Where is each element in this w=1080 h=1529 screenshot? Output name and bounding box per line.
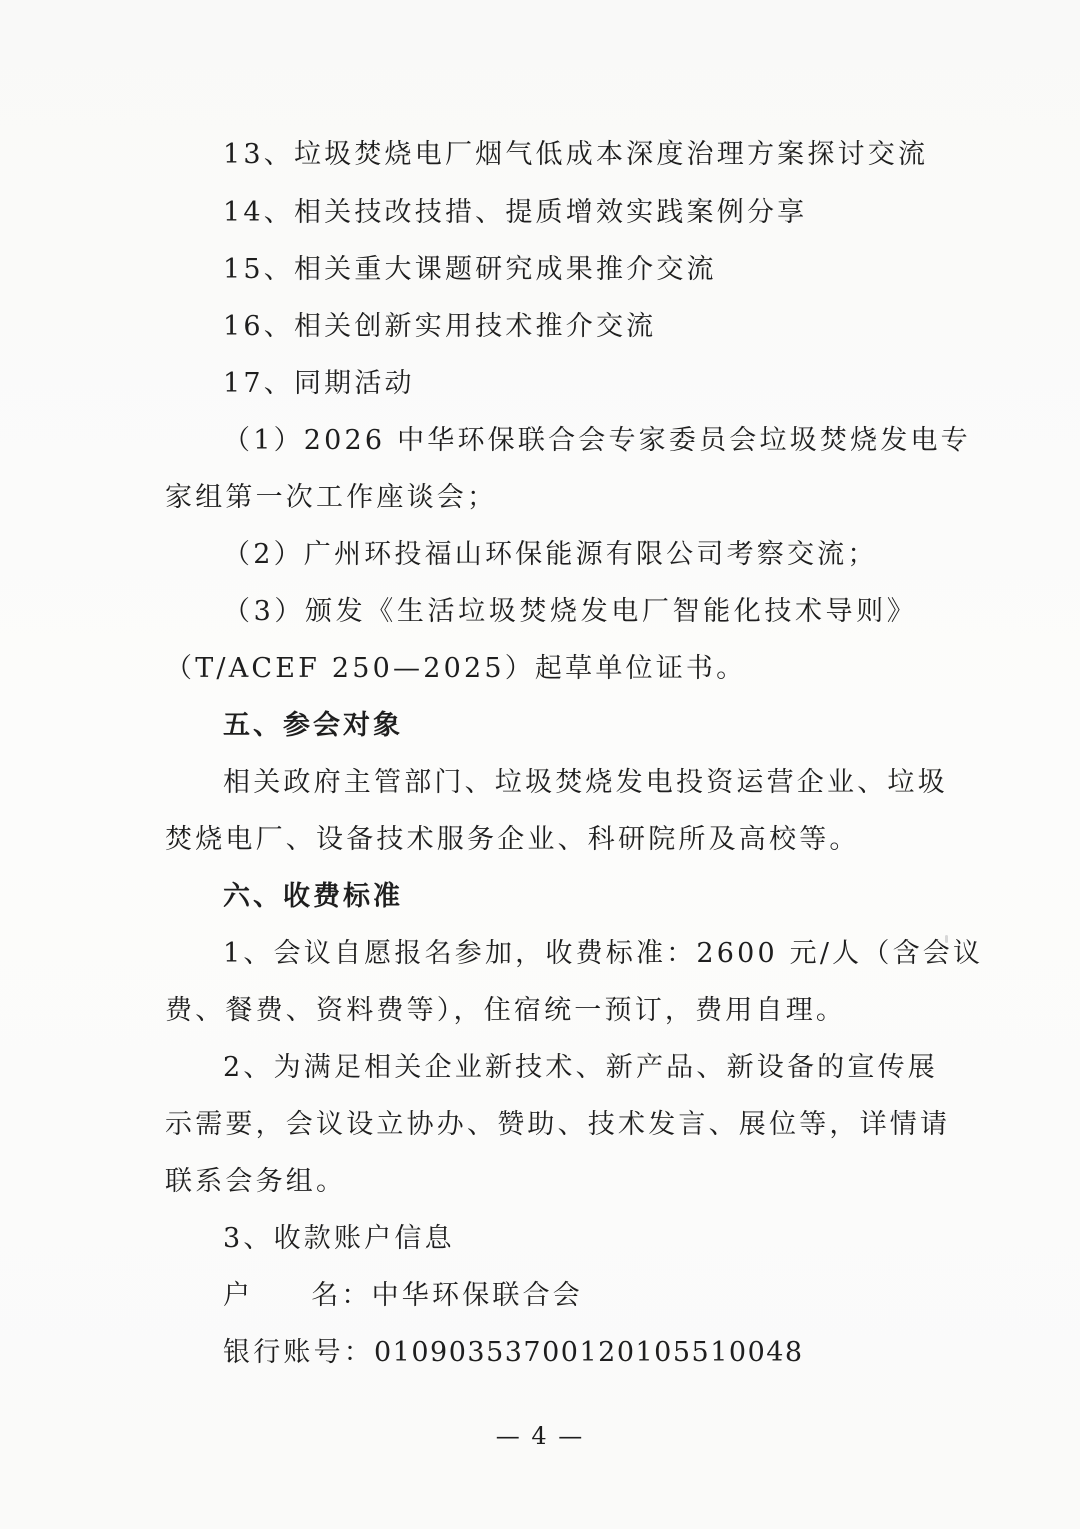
section-6-heading: 六、收费标准	[223, 877, 403, 917]
fee-paragraph-1-line-1: 1、会议自愿报名参加，收费标准：2600 元/人（含会议	[223, 934, 917, 974]
activity-3-line-2: （T/ACEF 250—2025）起草单位证书。	[165, 649, 746, 689]
fee-paragraph-2-line-2: 示需要，会议设立协办、赞助、技术发言、展位等，详情请	[165, 1105, 917, 1145]
account-name-row: 户名：中华环保联合会	[223, 1276, 583, 1316]
document-page: 13、垃圾焚烧电厂烟气低成本深度治理方案探讨交流 14、相关技改技措、提质增效实…	[0, 0, 1080, 1529]
scan-speck	[945, 935, 948, 943]
account-name-value: 中华环保联合会	[372, 1280, 583, 1311]
activity-1-line-1: （1）2026 中华环保联合会专家委员会垃圾焚烧发电专	[223, 421, 917, 461]
fee-paragraph-2-line-1: 2、为满足相关企业新技术、新产品、新设备的宣传展	[223, 1048, 917, 1088]
activity-2: （2）广州环投福山环保能源有限公司考察交流；	[223, 535, 878, 575]
account-name-label-1: 户	[223, 1280, 253, 1311]
account-info-heading: 3、收款账户信息	[223, 1219, 455, 1259]
list-item-13: 13、垃圾焚烧电厂烟气低成本深度治理方案探讨交流	[223, 135, 928, 175]
list-item-15: 15、相关重大课题研究成果推介交流	[223, 250, 717, 290]
bank-account-value: 01090353700120105510048	[374, 1337, 804, 1368]
section-5-heading: 五、参会对象	[223, 706, 403, 746]
page-number: — 4 —	[0, 1420, 1080, 1452]
fee-paragraph-2-line-3: 联系会务组。	[165, 1162, 346, 1202]
bank-account-row: 银行账号：01090353700120105510048	[223, 1333, 804, 1373]
fee-paragraph-1-line-2: 费、餐费、资料费等），住宿统一预订，费用自理。	[165, 991, 846, 1031]
section-5-line-2: 焚烧电厂、设备技术服务企业、科研院所及高校等。	[165, 820, 860, 860]
section-5-line-1: 相关政府主管部门、垃圾焚烧发电投资运营企业、垃圾	[223, 763, 917, 803]
account-name-label-2: 名：	[311, 1280, 371, 1311]
bank-account-label: 银行账号：	[223, 1337, 374, 1368]
activity-1-line-2: 家组第一次工作座谈会；	[165, 478, 497, 518]
activity-3-line-1: （3）颁发《生活垃圾焚烧发电厂智能化技术导则》	[223, 592, 917, 632]
list-item-16: 16、相关创新实用技术推介交流	[223, 307, 656, 347]
list-item-17: 17、同期活动	[223, 364, 415, 404]
list-item-14: 14、相关技改技措、提质增效实践案例分享	[223, 193, 807, 233]
